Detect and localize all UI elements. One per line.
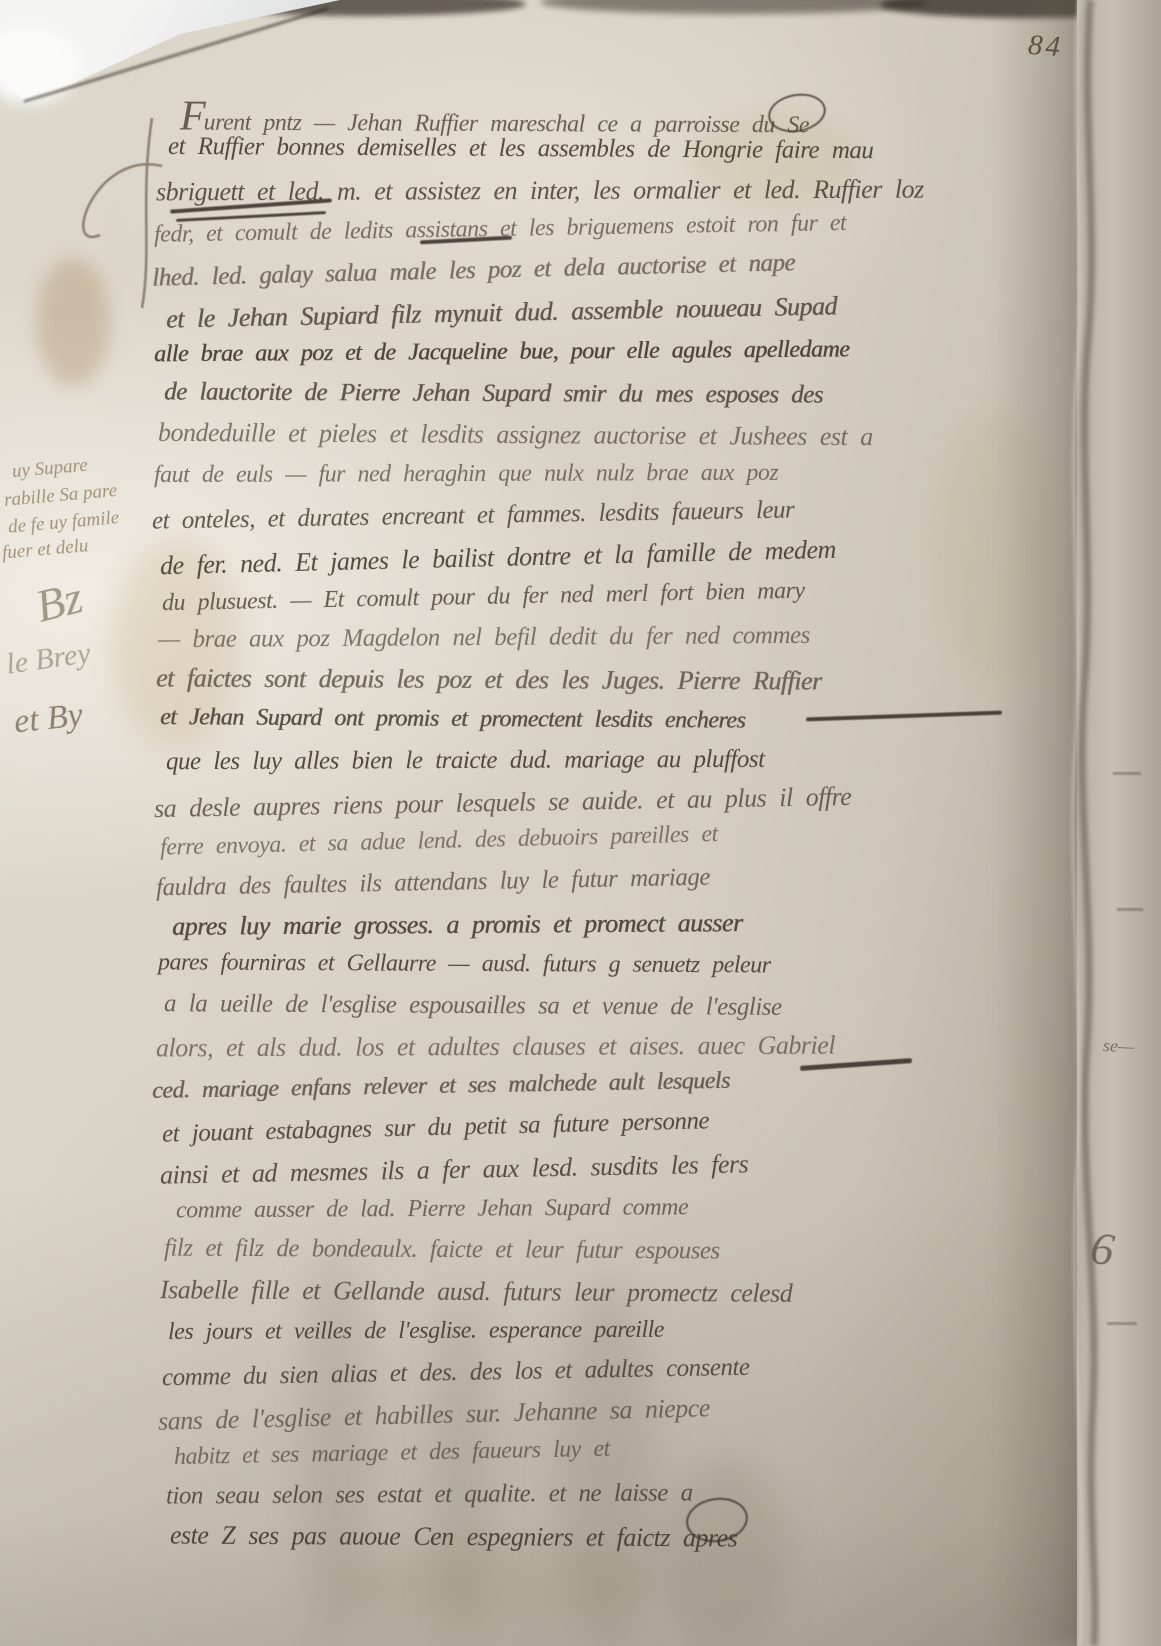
handwritten-line: Isabelle fille et Gellande ausd. futurs … xyxy=(160,1275,792,1309)
handwritten-line: pares fourniras et Gellaurre — ausd. fut… xyxy=(158,949,771,979)
page-curl-shadow xyxy=(993,0,1089,1646)
next-page-mark xyxy=(1113,772,1141,775)
handwritten-line: et Ruffier bonnes demiselles et les asse… xyxy=(168,133,874,165)
margin-flourish: et By xyxy=(12,697,85,742)
handwritten-line: de lauctorite de Pierre Jehan Supard smi… xyxy=(164,378,823,409)
handwritten-line: a la ueille de l'esglise espousailles sa… xyxy=(164,990,782,1022)
handwritten-line: bondeduille et pieles et lesdits assigne… xyxy=(158,418,873,452)
handwritten-line: apres luy marie grosses. a promis et pro… xyxy=(172,908,743,942)
handwritten-line: faut de euls — fur ned heraghin que nulx… xyxy=(154,460,778,489)
page-number: 84 xyxy=(1027,29,1064,64)
handwritten-line: filz et filz de bondeaulx. faicte et leu… xyxy=(164,1235,720,1266)
handwritten-line: alors, et als dud. los et adultes clause… xyxy=(156,1031,835,1064)
handwritten-line: que les luy alles bien le traicte dud. m… xyxy=(166,746,765,776)
next-page-flourish: 6 xyxy=(1087,1221,1117,1277)
handwritten-line: et Jehan Supard ont promis et promectent… xyxy=(160,704,745,734)
handwritten-line: alle brae aux poz et de Jacqueline bue, … xyxy=(154,336,849,368)
next-page-mark xyxy=(1107,1322,1137,1325)
handwritten-line: comme ausser de lad. Pierre Jehan Supard… xyxy=(176,1194,688,1224)
next-page-edge: se— 6 xyxy=(1077,0,1161,1646)
manuscript-photo: se— 6 84 Furent pntz — Jehan Ruffier mar… xyxy=(0,0,1161,1646)
handwritten-line: — brae aux poz Magdelon nel befil dedit … xyxy=(158,622,810,654)
handwritten-line: tion seau selon ses estat et qualite. et… xyxy=(166,1480,693,1511)
handwritten-line: este Z ses pas auoue Cen espegniers et f… xyxy=(170,1521,737,1554)
handwritten-line: et faictes sont depuis les poz et des le… xyxy=(156,664,822,697)
next-page-mark xyxy=(1117,908,1143,911)
next-page-fragment: se— xyxy=(1102,1035,1134,1058)
handwritten-line: les jours et veilles de l'esglise. esper… xyxy=(168,1317,664,1346)
